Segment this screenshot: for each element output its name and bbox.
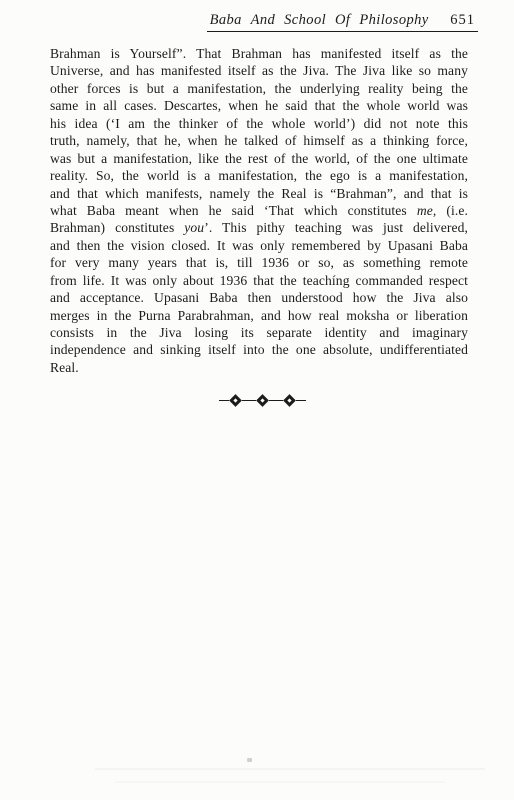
page-header: Baba And School Of Philosophy 651 (0, 12, 478, 32)
text-line: what Baba meant when he said ‘That which… (50, 202, 468, 219)
scan-smudge-artifact (115, 781, 445, 783)
text-line: his idea (‘I am the thinker of the whole… (50, 115, 468, 132)
text-line: other forces is but a manifestation, the… (50, 80, 468, 97)
text-line: Real. (50, 359, 468, 376)
text-line: merges in the Purna Parabrahman, and how… (50, 307, 468, 324)
book-page-scan: Baba And School Of Philosophy 651 Brahma… (0, 0, 514, 800)
header-underline: Baba And School Of Philosophy 651 (207, 12, 478, 32)
text-line: Brahman is Yourself”. That Brahman has m… (50, 45, 468, 62)
text-line: and acceptance. Upasani Baba then unders… (50, 289, 468, 306)
text-line: and then the vision closed. It was only … (50, 237, 468, 254)
text-line: for very many years that is, till 1936 o… (50, 254, 468, 271)
text-line: Brahman) constitutes you’. This pithy te… (50, 219, 468, 236)
text-line: was but a manifestation, like the rest o… (50, 150, 468, 167)
diamond-ornament-icon (256, 394, 269, 407)
divider-dash (269, 400, 283, 402)
scan-speck-artifact (247, 758, 252, 762)
header-page-number: 651 (450, 12, 475, 29)
text-line: and that which manifests, namely the Rea… (50, 185, 468, 202)
text-line: independence and sinking itself into the… (50, 341, 468, 358)
diamond-divider (50, 396, 475, 405)
divider-dash (219, 400, 229, 402)
divider-dash (242, 400, 256, 402)
body-paragraph: Brahman is Yourself”. That Brahman has m… (50, 45, 468, 376)
diamond-ornament-icon (229, 394, 242, 407)
diamond-ornament-icon (283, 394, 296, 407)
text-line: reality. So, the world is a manifestatio… (50, 167, 468, 184)
text-line: consists in the Jiva losing its separate… (50, 324, 468, 341)
text-line: Universe, and has manifested itself as t… (50, 62, 468, 79)
scan-smudge-artifact (95, 768, 485, 770)
header-title: Baba And School Of Philosophy (210, 12, 429, 28)
text-line: truth, namely, that he, when he talked o… (50, 132, 468, 149)
text-line: same in all cases. Descartes, when he sa… (50, 97, 468, 114)
divider-dash (296, 400, 306, 402)
text-line: from life. It was only about 1936 that t… (50, 272, 468, 289)
